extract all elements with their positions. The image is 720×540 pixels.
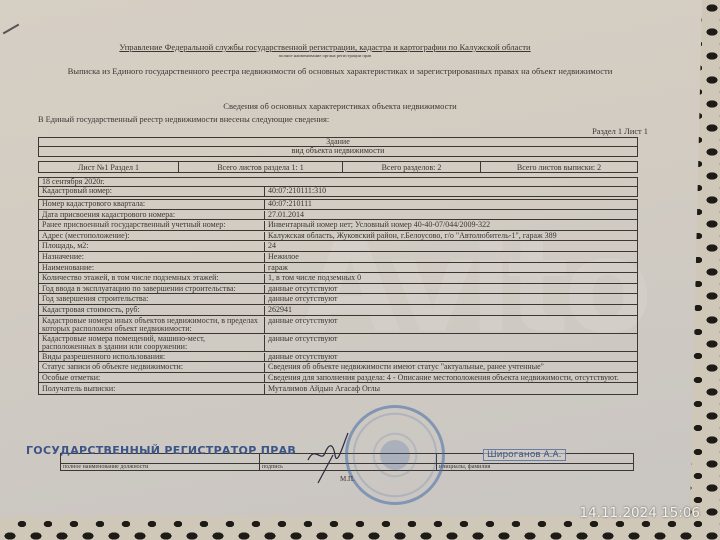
field-value: гараж xyxy=(265,264,637,273)
table-row: Год завершения строительства:данные отсу… xyxy=(39,295,637,305)
field-label: Особые отметки: xyxy=(39,374,265,383)
table-row: Наименование:гараж xyxy=(39,264,637,274)
field-value: Сведения об объекте недвижимости имеют с… xyxy=(265,363,637,372)
sheet-info-row: Лист №1 Раздел 1 Всего листов раздела 1:… xyxy=(38,161,638,173)
field-value: Муталимов Айдын Агасаф Оглы xyxy=(265,384,637,394)
authority-caption: полное наименование органа регистрации п… xyxy=(0,53,650,58)
field-value: Инвентарный номер нет; Условный номер 40… xyxy=(265,221,637,230)
section-title: Сведения об основных характеристиках объ… xyxy=(0,101,680,111)
field-label: Виды разрешенного использования: xyxy=(39,353,265,362)
object-type-caption: вид объекта недвижимости xyxy=(39,147,637,156)
field-label: Кадастровые номера помещений, машино-мес… xyxy=(39,335,265,351)
extract-title: Выписка из Единого государственного реес… xyxy=(0,66,680,76)
table-row: Назначение:Нежилое xyxy=(39,253,637,263)
section-sheet-label: Раздел 1 Лист 1 xyxy=(592,127,648,136)
field-value: 24 xyxy=(265,242,637,251)
field-label: Дата присвоения кадастрового номера: xyxy=(39,211,265,220)
field-value: данные отсутствуют xyxy=(265,335,637,351)
field-label: Наименование: xyxy=(39,264,265,273)
sections-total: Всего разделов: 2 xyxy=(343,162,481,172)
cadastral-box: 18 сентября 2020г. Кадастровый номер: 40… xyxy=(38,177,638,197)
field-label: Статус записи об объекте недвижимости: xyxy=(39,363,265,372)
characteristics-table: Номер кадастрового квартала:40:07:210111… xyxy=(38,199,638,395)
intro-text: В Единый государственный реестр недвижим… xyxy=(38,115,329,124)
table-row: Кадастровая стоимость, руб:262941 xyxy=(39,306,637,316)
field-label: Назначение: xyxy=(39,253,265,262)
field-label: Адрес (местоположение): xyxy=(39,232,265,241)
table-row: Год ввода в эксплуатацию по завершении с… xyxy=(39,285,637,295)
table-row: Виды разрешенного использования:данные о… xyxy=(39,353,637,363)
field-value: 1, в том числе подземных 0 xyxy=(265,274,637,283)
field-value: 262941 xyxy=(265,306,637,315)
field-label: Площадь, м2: xyxy=(39,242,265,251)
field-value: Калужская область, Жуковский район, г.Бе… xyxy=(265,232,637,241)
table-row: Кадастровые номера помещений, машино-мес… xyxy=(39,335,637,352)
cadastral-number-value: 40:07:210111:310 xyxy=(265,187,637,196)
name-caption: инициалы, фамилия xyxy=(439,464,490,470)
field-value: Сведения для заполнения раздела: 4 - Опи… xyxy=(265,374,637,383)
table-row: Площадь, м2:24 xyxy=(39,242,637,252)
table-row: Статус записи об объекте недвижимости:Св… xyxy=(39,363,637,373)
object-type-box: Здание вид объекта недвижимости xyxy=(38,137,638,157)
field-label: Кадастровая стоимость, руб: xyxy=(39,306,265,315)
field-value: данные отсутствуют xyxy=(265,317,637,333)
authority-name: Управление Федеральной службы государств… xyxy=(0,42,650,52)
signature-caption: подпись xyxy=(262,464,283,470)
seal-place-label: М.П. xyxy=(340,475,355,483)
table-row: Адрес (местоположение):Калужская область… xyxy=(39,232,637,242)
field-value: 27.01.2014 xyxy=(265,211,637,220)
field-label: Количество этажей, в том числе подземных… xyxy=(39,274,265,283)
extract-date: 18 сентября 2020г. xyxy=(39,178,637,186)
table-row: Особые отметки:Сведения для заполнения р… xyxy=(39,374,637,384)
field-value: данные отсутствуют xyxy=(265,295,637,304)
cadastral-number-label: Кадастровый номер: xyxy=(39,187,265,196)
table-row: Ранее присвоенный государственный учетны… xyxy=(39,221,637,231)
field-value: Нежилое xyxy=(265,253,637,262)
registrar-name-stamp: Широганов А.А. xyxy=(483,449,566,461)
field-value: данные отсутствуют xyxy=(265,353,637,362)
table-row: Получатель выписки:Муталимов Айдын Агаса… xyxy=(39,384,637,394)
object-type: Здание xyxy=(39,138,637,146)
section-sheets-total: Всего листов раздела 1: 1 xyxy=(179,162,343,172)
extract-sheets-total: Всего листов выписки: 2 xyxy=(481,162,637,172)
field-value: данные отсутствуют xyxy=(265,285,637,294)
field-value: 40:07:210111 xyxy=(265,200,637,209)
official-seal-icon xyxy=(345,405,445,505)
position-caption: полное наименование должности xyxy=(63,464,148,470)
field-label: Ранее присвоенный государственный учетны… xyxy=(39,221,265,230)
photo-timestamp: 14.11.2024 15:06 xyxy=(580,505,701,521)
field-label: Год завершения строительства: xyxy=(39,295,265,304)
field-label: Получатель выписки: xyxy=(39,384,265,394)
field-label: Кадастровые номера иных объектов недвижи… xyxy=(39,317,265,333)
position-stamp: ГОСУДАРСТВЕННЫЙ РЕГИСТРАТОР ПРАВ xyxy=(26,444,296,457)
table-row: Количество этажей, в том числе подземных… xyxy=(39,274,637,284)
sheet-number: Лист №1 Раздел 1 xyxy=(39,162,179,172)
pen-mark xyxy=(3,24,20,35)
field-label: Год ввода в эксплуатацию по завершении с… xyxy=(39,285,265,294)
field-label: Номер кадастрового квартала: xyxy=(39,200,265,209)
table-row: Дата присвоения кадастрового номера:27.0… xyxy=(39,211,637,221)
table-row: Номер кадастрового квартала:40:07:210111 xyxy=(39,200,637,210)
document-page: Avito Управление Федеральной службы госу… xyxy=(0,0,702,516)
table-row: Кадастровые номера иных объектов недвижи… xyxy=(39,317,637,334)
